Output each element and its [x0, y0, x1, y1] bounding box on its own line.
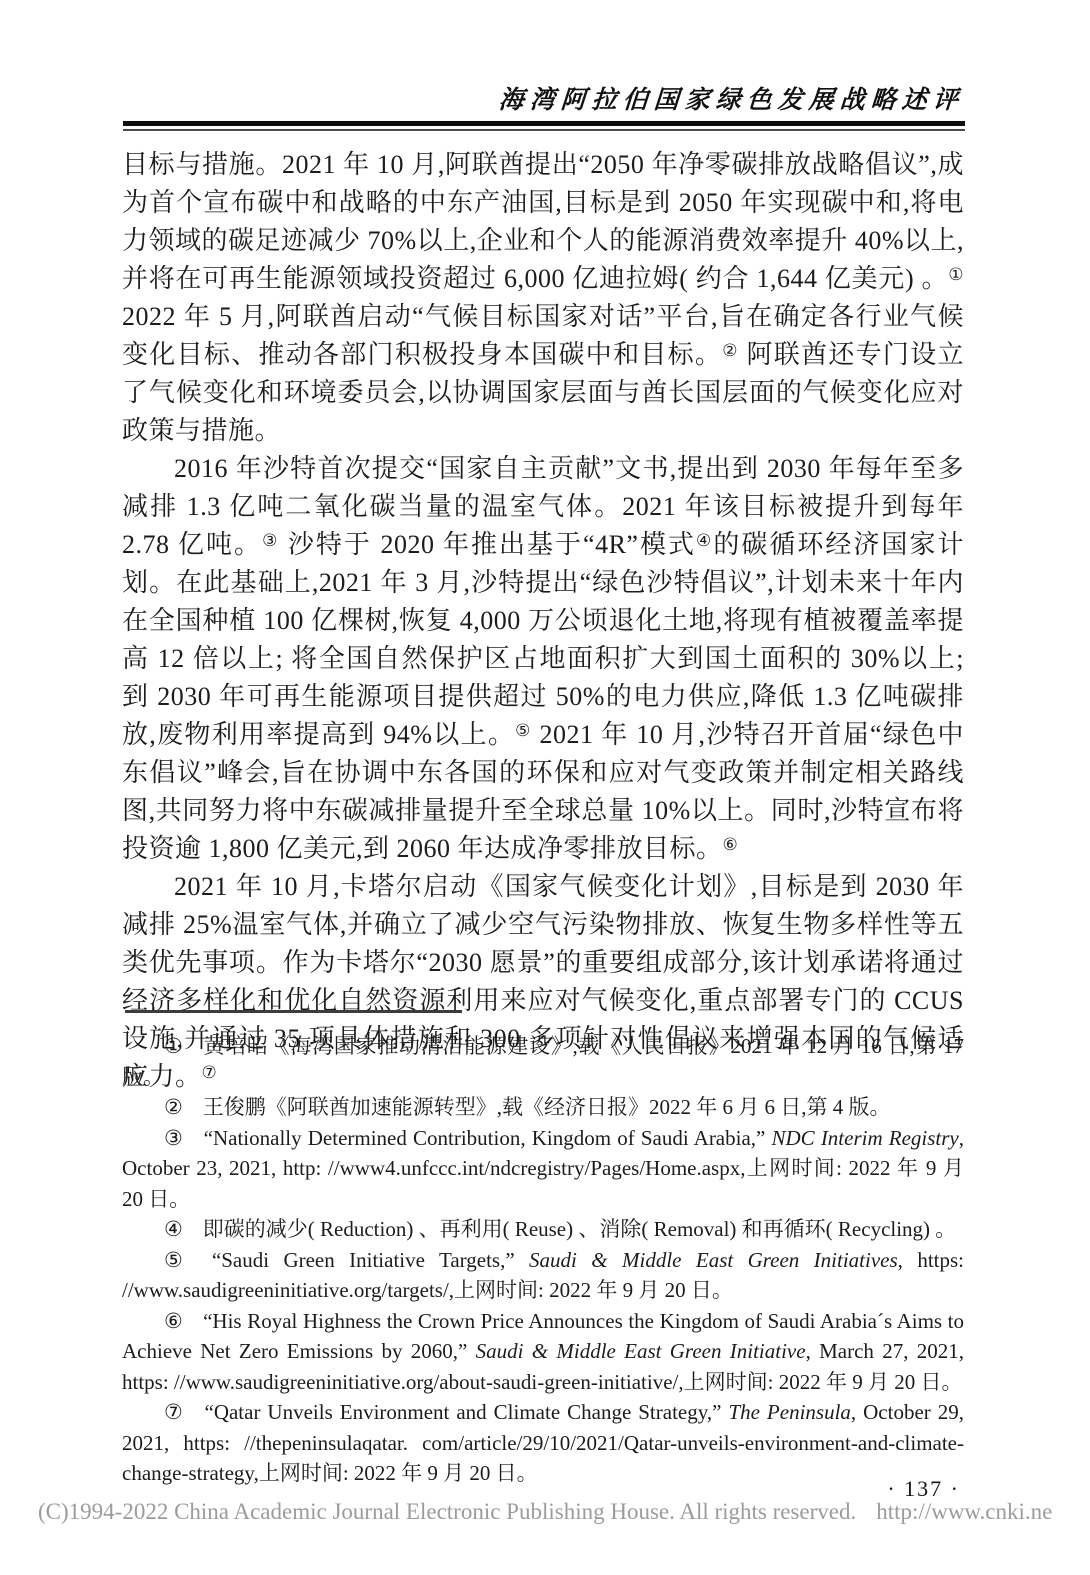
footnote-item: ①黄培昭《海湾国家推动清洁能源建设》,载《人民日报》2021 年 12 月 16…: [122, 1031, 964, 1092]
footnote-number: ⑦: [164, 1400, 185, 1424]
footnote-marker: ③: [262, 531, 279, 550]
text-run: 黄培昭《海湾国家推动清洁能源建设》,载《人民日报》2021 年 12 月 16 …: [122, 1034, 964, 1089]
footer-url: http://www.cnki.ne: [876, 1499, 1052, 1524]
watermark-footer: (C)1994-2022 China Academic Journal Elec…: [38, 1499, 1090, 1525]
article-body: 目标与措施。2021 年 10 月,阿联酋提出“2050 年净零碳排放战略倡议”…: [122, 146, 964, 1096]
footnote-separator-rule: [125, 1010, 462, 1013]
text-run: “Nationally Determined Contribution, Kin…: [204, 1126, 772, 1150]
text-run: Saudi & Middle East Green Initiatives: [529, 1248, 898, 1272]
journal-page: 海湾阿拉伯国家绿色发展战略述评 目标与措施。2021 年 10 月,阿联酋提出“…: [0, 0, 1090, 1575]
footnote-item: ⑤“Saudi Green Initiative Targets,” Saudi…: [122, 1245, 964, 1306]
footnote-marker: ①: [948, 265, 964, 284]
footnote-number: ①: [164, 1034, 184, 1058]
footnote-number: ③: [164, 1126, 184, 1150]
footnote-item: ④即碳的减少( Reduction) 、再利用( Reuse) 、消除( Rem…: [122, 1214, 964, 1245]
body-paragraph: 2016 年沙特首次提交“国家自主贡献”文书,提出到 2030 年每年至多减排 …: [122, 450, 964, 868]
footnote-marker: ⑥: [723, 835, 739, 854]
footnote-number: ⑤: [164, 1248, 192, 1272]
text-run: 的碳循环经济国家计划。在此基础上,2021 年 3 月,沙特提出“绿色沙特倡议”…: [122, 530, 964, 749]
text-run: NDC Interim Registry: [772, 1126, 959, 1150]
body-paragraph: 目标与措施。2021 年 10 月,阿联酋提出“2050 年净零碳排放战略倡议”…: [122, 146, 964, 450]
footnote-number: ④: [164, 1217, 183, 1241]
footnote-item: ③“Nationally Determined Contribution, Ki…: [122, 1123, 964, 1215]
footnote-item: ⑥“His Royal Highness the Crown Price Ann…: [122, 1306, 964, 1398]
footnote-number: ⑥: [164, 1309, 183, 1333]
text-run: 王俊鹏《阿联酋加速能源转型》,载《经济日报》2022 年 6 月 6 日,第 4…: [203, 1095, 891, 1119]
footnote-marker: ②: [722, 341, 739, 360]
text-run: “Qatar Unveils Environment and Climate C…: [205, 1400, 729, 1424]
text-run: “Saudi Green Initiative Targets,”: [212, 1248, 529, 1272]
footnote-number: ②: [164, 1095, 183, 1119]
text-run: 沙特于 2020 年推出基于“4R”模式: [279, 530, 696, 559]
text-run: 目标与措施。2021 年 10 月,阿联酋提出“2050 年净零碳排放战略倡议”…: [122, 150, 964, 293]
footnote-item: ②王俊鹏《阿联酋加速能源转型》,载《经济日报》2022 年 6 月 6 日,第 …: [122, 1092, 964, 1123]
footnote-marker: ⑤: [515, 721, 532, 740]
header-double-rule: [123, 121, 965, 131]
text-run: Saudi & Middle East Green Initiative: [476, 1339, 806, 1363]
text-run: The Peninsula: [728, 1400, 850, 1424]
footer-copyright: (C)1994-2022 China Academic Journal Elec…: [38, 1499, 856, 1524]
footnote-marker: ④: [696, 531, 713, 550]
running-head-title: 海湾阿拉伯国家绿色发展战略述评: [498, 80, 966, 116]
footnotes-list: ①黄培昭《海湾国家推动清洁能源建设》,载《人民日报》2021 年 12 月 16…: [122, 1031, 964, 1489]
footnote-item: ⑦“Qatar Unveils Environment and Climate …: [122, 1397, 964, 1489]
text-run: 即碳的减少( Reduction) 、再利用( Reuse) 、消除( Remo…: [203, 1217, 957, 1241]
